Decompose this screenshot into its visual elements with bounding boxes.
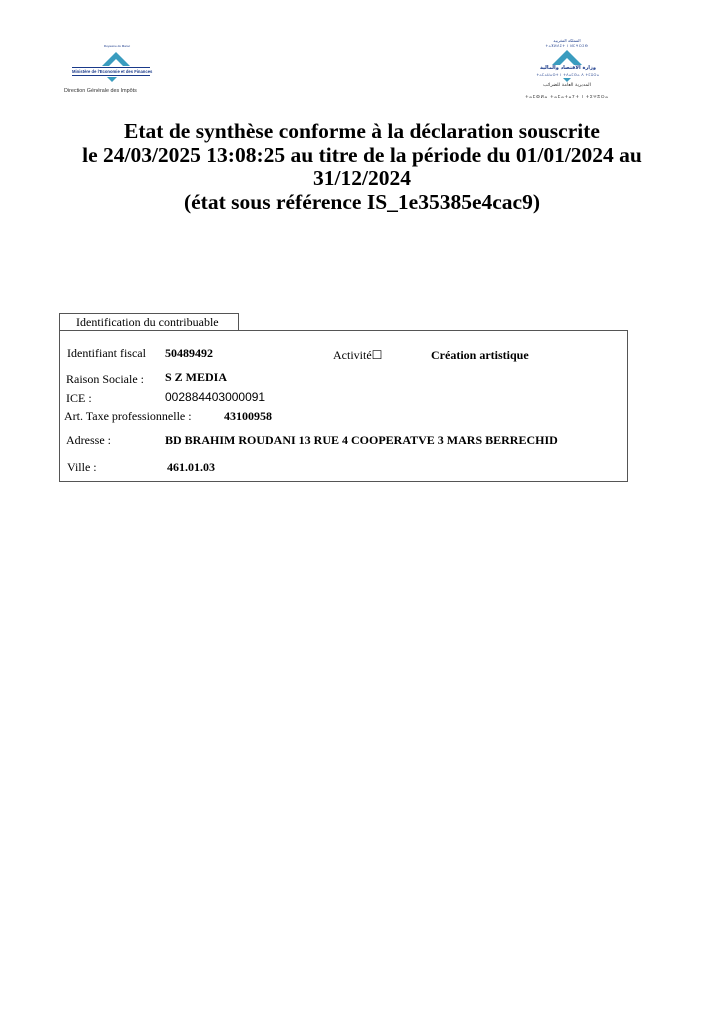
value-identifiant-fiscal: 50489492 — [165, 346, 213, 360]
value-activite: Création artistique — [431, 348, 529, 362]
value-ice: 002884403000091 — [165, 390, 265, 404]
divider — [72, 67, 150, 68]
value-raison-sociale: S Z MEDIA — [165, 370, 227, 384]
arabic-direction-text: المديرية العامة للضرائب — [526, 83, 608, 88]
title-line-1: Etat de synthèse conforme à la déclarati… — [60, 120, 664, 144]
section-tab-identification: Identification du contribuable — [59, 313, 239, 330]
direction-name: Direction Générale des Impôts — [64, 88, 174, 94]
down-triangle-icon — [563, 78, 571, 82]
value-taxe-professionnelle: 43100958 — [224, 409, 272, 423]
arabic-kingdom-text: المملكة المغربية — [542, 38, 592, 43]
triangle-emblem-inner — [109, 59, 123, 66]
arabic-ministry-text: وزارة الاقتصاد والمالية — [532, 65, 604, 71]
document-title: Etat de synthèse conforme à la déclarati… — [60, 120, 664, 214]
title-line-3: 31/12/2024 — [60, 167, 664, 191]
label-raison-sociale: Raison Sociale : — [66, 372, 144, 386]
label-taxe-professionnelle: Art. Taxe professionnelle : — [64, 409, 192, 423]
divider — [72, 75, 150, 76]
tifinagh-ministry-text: ⵜⴰⵎⴰⵡⴰⵙⵜ ⵏ ⵜⴷⴰⵎⵙⴰ ⴷ ⵜⵎⵓⵔⴰ — [532, 73, 604, 77]
tifinagh-direction-text: ⵜⴰⵎⵀⵍⴰ ⵜⴰⵎⴰⵜⴰⵢⵜ ⵏ ⵜⵉⵖⵓⵔⴰ — [512, 94, 622, 99]
ministry-name: Ministère de l'Economie et des Finances — [72, 69, 152, 74]
value-adresse: BD BRAHIM ROUDANI 13 RUE 4 COOPERATVE 3 … — [165, 433, 558, 447]
label-adresse: Adresse : — [66, 433, 111, 447]
label-activite: Activité☐ — [333, 348, 382, 362]
dgi-logo-left: Royaume du Maroc Ministère de l'Economie… — [64, 44, 174, 96]
value-ville: 461.01.03 — [167, 460, 215, 474]
title-line-4: (état sous référence IS_1e35385e4cac9) — [60, 191, 664, 215]
down-triangle-icon — [107, 77, 117, 82]
tifinagh-kingdom-text: ⵜⴰⴳⵍⴷⵉⵜ ⵏ ⵍⵎⵖⵔⵉⴱ — [538, 44, 596, 48]
title-line-2: le 24/03/2025 13:08:25 au titre de la pé… — [60, 144, 664, 168]
dgi-logo-right: المملكة المغربية ⵜⴰⴳⵍⴷⵉⵜ ⵏ ⵍⵎⵖⵔⵉⴱ وزارة … — [512, 38, 622, 104]
label-ville: Ville : — [67, 460, 97, 474]
kingdom-text: Royaume du Maroc — [92, 44, 142, 48]
label-ice: ICE : — [66, 391, 92, 405]
triangle-emblem-inner — [560, 58, 574, 65]
label-identifiant-fiscal: Identifiant fiscal — [67, 346, 146, 360]
